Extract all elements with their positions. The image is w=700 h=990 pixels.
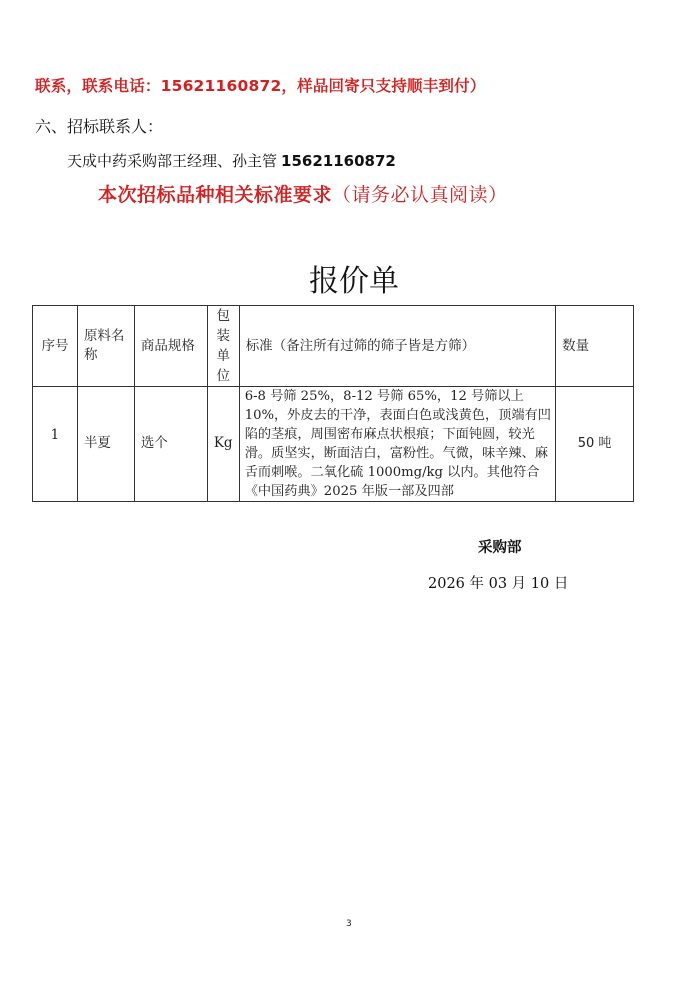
unit-header-char: 位	[216, 368, 230, 384]
cell-unit: Kg	[207, 387, 239, 502]
unit-header-char: 单	[216, 348, 230, 364]
unit-header-char: 包	[216, 308, 230, 324]
cell-standard: 6-8 号筛 25%，8-12 号筛 65%，12 号筛以上10%，外皮去的干净…	[239, 387, 555, 502]
signature-department: 采购部	[478, 536, 522, 557]
column-header-quantity: 数量	[556, 306, 634, 387]
unit-header-char: 装	[216, 328, 230, 344]
contact-person-name: 天成中药采购部王经理、孙主管	[67, 152, 277, 170]
column-header-standard: 标准（备注所有过筛的筛子皆是方筛）	[239, 306, 555, 387]
contact-person-phone: 15621160872	[281, 152, 396, 170]
column-header-unit: 包 装 单 位	[207, 306, 239, 387]
quote-table: 序号 原料名称 商品规格 包 装 单 位 标准（备注所有过筛的筛子皆是方筛） 数…	[32, 305, 634, 502]
cell-spec: 选个	[134, 387, 207, 502]
column-header-no: 序号	[33, 306, 78, 387]
cell-quantity: 50 吨	[556, 387, 634, 502]
table-header-row: 序号 原料名称 商品规格 包 装 单 位 标准（备注所有过筛的筛子皆是方筛） 数…	[33, 306, 634, 387]
standards-heading: 本次招标品种相关标准要求（请务必认真阅读）	[98, 180, 508, 207]
contact-person-line: 天成中药采购部王经理、孙主管15621160872	[67, 150, 396, 171]
cell-no: 1	[33, 387, 78, 502]
signature-date: 2026 年 03 月 10 日	[428, 572, 568, 593]
standards-heading-main: 本次招标品种相关标准要求	[98, 184, 332, 206]
column-header-name: 原料名称	[77, 306, 134, 387]
page-number: 3	[346, 919, 352, 929]
cell-name: 半夏	[77, 387, 134, 502]
contact-phone-note: 联系，联系电话：15621160872，样品回寄只支持顺丰到付）	[35, 74, 486, 96]
table-row: 1 半夏 选个 Kg 6-8 号筛 25%，8-12 号筛 65%，12 号筛以…	[33, 387, 634, 502]
standards-heading-note: （请务必认真阅读）	[332, 184, 508, 206]
section-heading-contact: 六、招标联系人：	[35, 114, 163, 137]
quote-title: 报价单	[0, 256, 700, 300]
column-header-spec: 商品规格	[134, 306, 207, 387]
